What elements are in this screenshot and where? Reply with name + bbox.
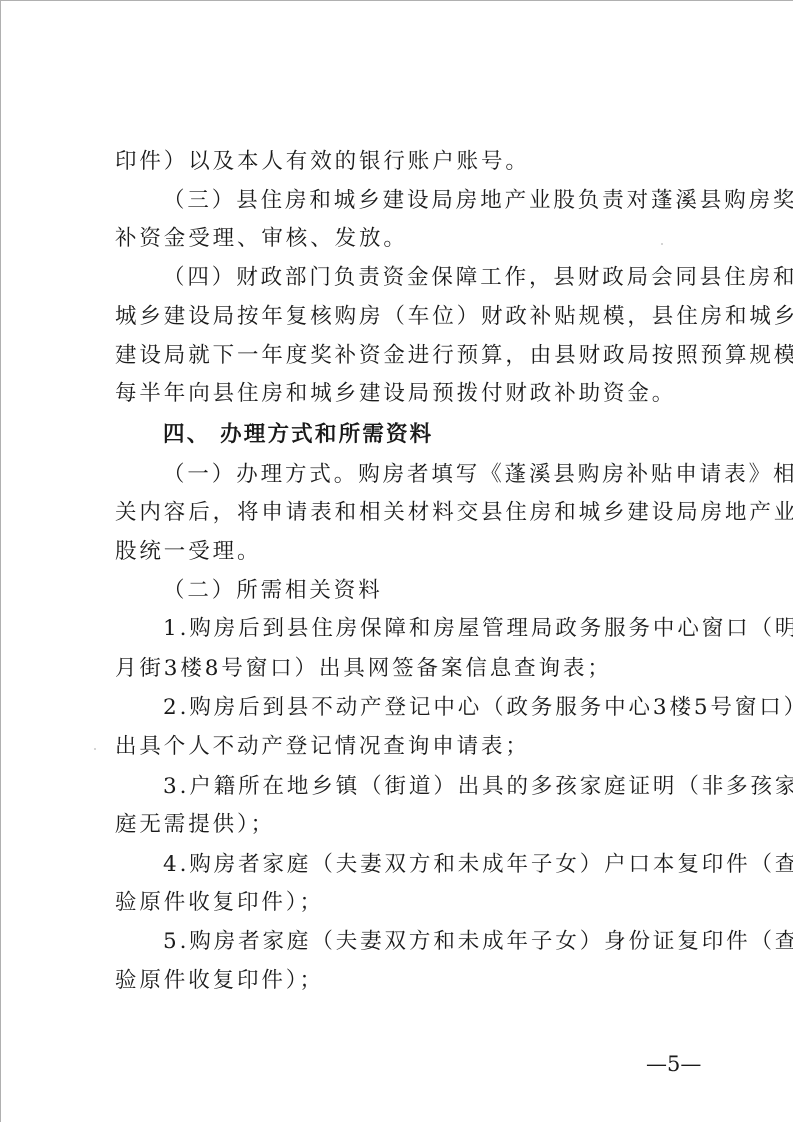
list-item-3-cont: 庭无需提供）； [115,810,715,840]
list-item-4-cont: 验原件收复印件）； [115,888,715,918]
body-line: 股统一受理。 [115,537,715,567]
paragraph-method-line: （一）办理方式。购房者填写《蓬溪县购房补贴申请表》相 [163,460,763,490]
body-line: 每半年向县住房和城乡建设局预拨付财政补助资金。 [115,379,715,409]
body-line: 城乡建设局按年复核购房（车位）财政补贴规模，县住房和城乡 [115,302,715,332]
subheading-materials: （二）所需相关资料 [163,576,763,606]
list-item-1-cont: 月街3楼8号窗口）出具网签备案信息查询表； [115,654,715,684]
page-number: —5— [646,1050,701,1078]
body-line: 建设局就下一年度奖补资金进行预算，由县财政局按照预算规模 [115,341,715,371]
scan-speck [661,243,663,245]
paragraph-3-line: （三）县住房和城乡建设局房地产业股负责对蓬溪县购房奖 [163,186,763,216]
body-line: 印件）以及本人有效的银行账户账号。 [115,147,715,177]
list-item-2-cont: 出具个人不动产登记情况查询申请表； [115,732,715,762]
section-heading: 四、 办理方式和所需资料 [163,420,763,450]
list-item-2: 2.购房后到县不动产登记中心（政务服务中心3楼5号窗口） [163,693,763,723]
document-page: 印件）以及本人有效的银行账户账号。 （三）县住房和城乡建设局房地产业股负责对蓬溪… [0,0,793,1122]
list-item-5: 5.购房者家庭（夫妻双方和未成年子女）身份证复印件（查 [163,927,763,957]
list-item-3: 3.户籍所在地乡镇（街道）出具的多孩家庭证明（非多孩家 [163,772,763,802]
scan-speck [94,748,96,750]
list-item-4: 4.购房者家庭（夫妻双方和未成年子女）户口本复印件（查 [163,850,763,880]
body-line: 补资金受理、审核、发放。 [115,224,715,254]
list-item-1: 1.购房后到县住房保障和房屋管理局政务服务中心窗口（明 [163,614,763,644]
body-line: 关内容后，将申请表和相关材料交县住房和城乡建设局房地产业 [115,498,715,528]
paragraph-4-line: （四）财政部门负责资金保障工作，县财政局会同县住房和 [163,263,763,293]
list-item-5-cont: 验原件收复印件）； [115,966,715,996]
